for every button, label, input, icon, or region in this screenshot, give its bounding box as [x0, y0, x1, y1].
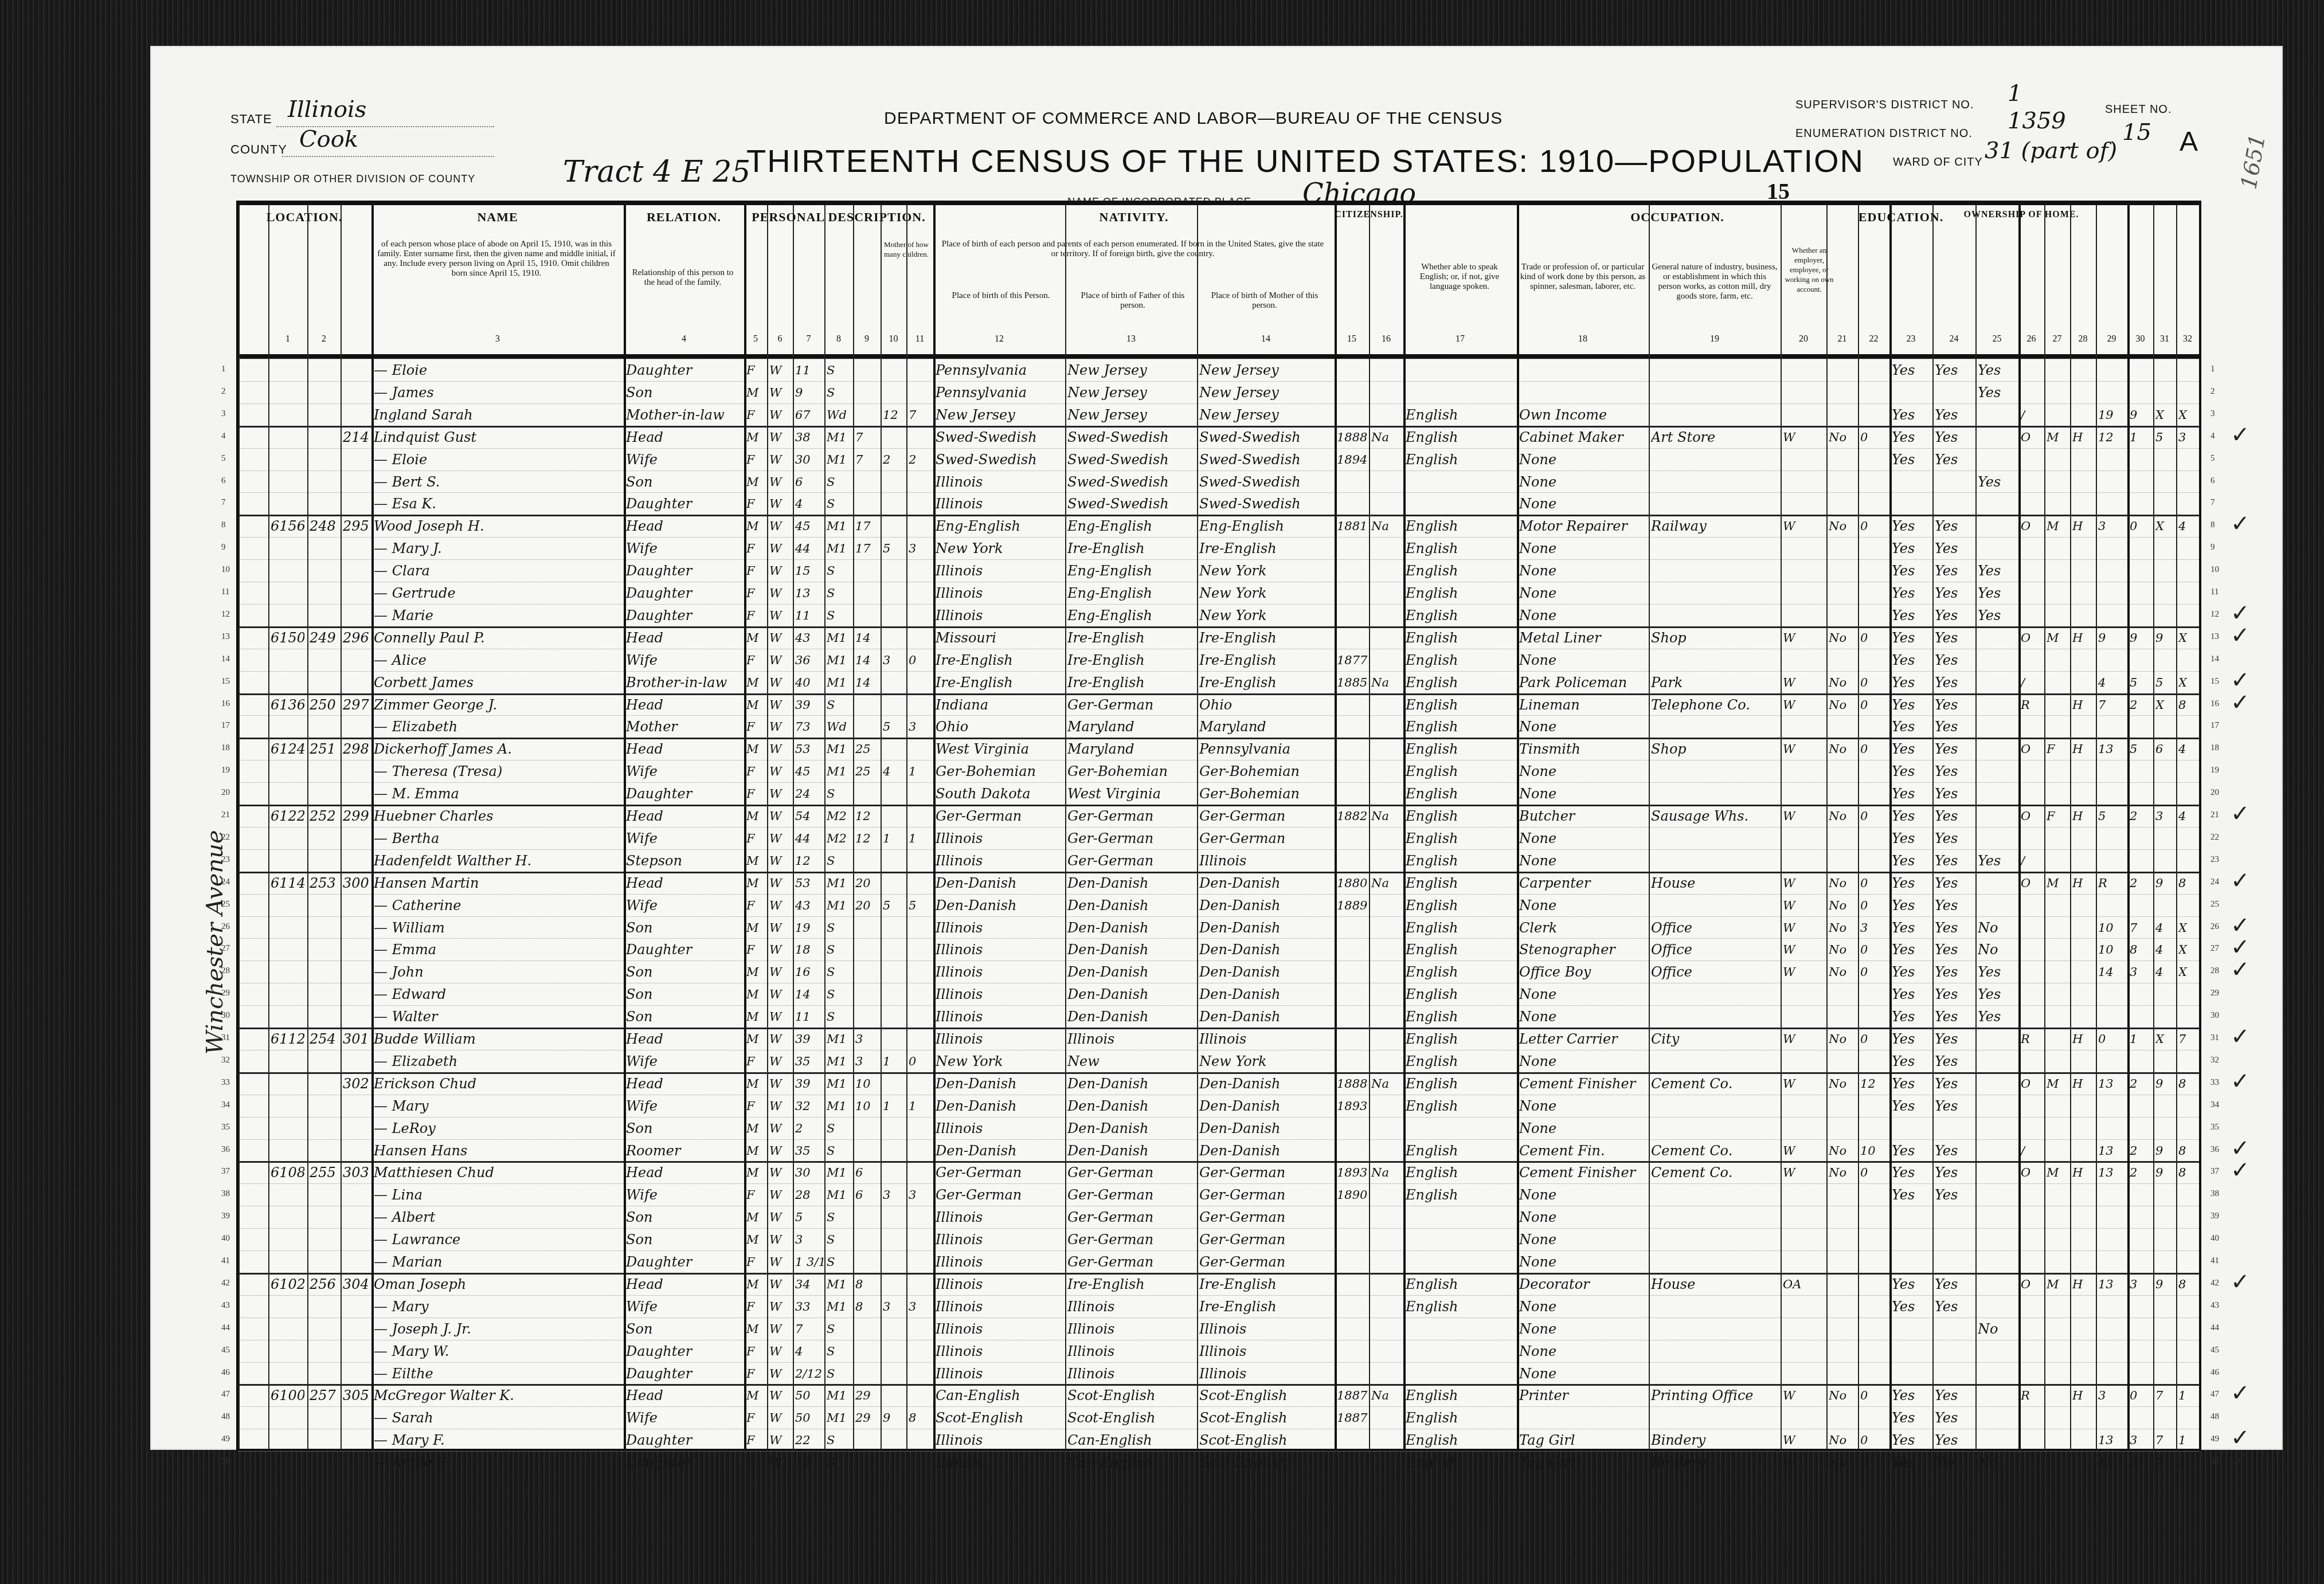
- cell-read: Yes: [1892, 916, 1931, 939]
- cell-read: Yes: [1892, 805, 1931, 827]
- cell-nat: [1371, 1451, 1402, 1473]
- cell-dwelling: 254: [310, 1028, 338, 1050]
- cell-immig: [1337, 1250, 1368, 1273]
- cell-weeks: 0: [1860, 1451, 1888, 1473]
- cell-father: New Jersey: [1067, 403, 1196, 426]
- cell-farm: H: [2072, 1028, 2095, 1050]
- checkmark-icon: ✓: [2231, 1156, 2250, 1183]
- cell-sex: F: [746, 894, 766, 916]
- cell-out: No: [1829, 1028, 1857, 1050]
- cell-c32: [2178, 582, 2198, 604]
- cell-own: R: [2021, 1028, 2043, 1050]
- cell-birth: New York: [936, 1050, 1064, 1072]
- cell-emp: [1783, 1362, 1825, 1385]
- cell-weeks: [1860, 1095, 1888, 1117]
- cell-mother: Den-Danish: [1199, 960, 1333, 983]
- cell-yrs_married: 29: [855, 1384, 879, 1406]
- cell-mort: [2047, 1117, 2069, 1139]
- cell-marital: M1: [827, 649, 852, 671]
- cell-family: [343, 1095, 369, 1117]
- cell-lang: English: [1406, 1005, 1516, 1028]
- cell-own: [2021, 604, 2043, 626]
- table-row: Hansen HansRoomerMW35SDen-DanishDen-Dani…: [238, 1139, 2199, 1162]
- cell-weeks: [1860, 782, 1888, 805]
- column-number: 11: [906, 334, 933, 344]
- cell-sex: M: [746, 1206, 766, 1228]
- cell-race: W: [769, 403, 792, 426]
- cell-relation: Wife: [626, 827, 743, 849]
- cell-weeks: [1860, 604, 1888, 626]
- cell-c30: 3: [2130, 1429, 2152, 1451]
- cell-name: — Albert: [374, 1206, 623, 1228]
- cell-dwelling: [310, 1429, 338, 1451]
- cell-lang: English: [1406, 1273, 1516, 1295]
- cell-immig: [1337, 1117, 1368, 1139]
- cell-industry: Office: [1651, 960, 1779, 983]
- table-row: 6122252299Huebner CharlesHeadMW54M212Ger…: [238, 805, 2199, 827]
- line-number-right: 17: [2210, 721, 2219, 731]
- cell-nat: [1371, 1183, 1402, 1206]
- cell-name: Huebner Charles: [374, 805, 623, 827]
- cell-farm: [2072, 403, 2095, 426]
- cell-farm: [2072, 1050, 2095, 1072]
- cell-race: W: [769, 649, 792, 671]
- column-number: 7: [793, 334, 824, 344]
- cell-sex: F: [746, 1429, 766, 1451]
- table-row: 6100257305McGregor Walter K.HeadMW50M129…: [238, 1384, 2199, 1406]
- line-number-right: 12: [2210, 610, 2219, 620]
- cell-c32: X: [2178, 626, 2198, 649]
- cell-name: — LeRoy: [374, 1117, 623, 1139]
- cell-yrs_married: 20: [855, 894, 879, 916]
- cell-sex: F: [746, 715, 766, 738]
- cell-yrs_married: [855, 1362, 879, 1385]
- cell-family: [343, 760, 369, 782]
- cell-write: Yes: [1935, 805, 1974, 827]
- cell-relation: Son: [626, 1206, 743, 1228]
- cell-c32: [2178, 492, 2198, 515]
- cell-race: W: [769, 715, 792, 738]
- cell-mother: Ire-English: [1199, 671, 1333, 693]
- cell-write: Yes: [1935, 1451, 1974, 1473]
- column-number: 30: [2127, 334, 2153, 344]
- cell-family: 298: [343, 738, 369, 760]
- cell-industry: [1651, 559, 1779, 582]
- cell-mort: [2047, 1095, 2069, 1117]
- cell-emp: W: [1783, 738, 1825, 760]
- cell-marital: S: [827, 849, 852, 872]
- cell-read: Yes: [1892, 938, 1931, 960]
- cell-dwelling: [310, 649, 338, 671]
- cell-mort: F: [2047, 738, 2069, 760]
- cell-nat: [1371, 1406, 1402, 1429]
- cell-marital: M1: [827, 1072, 852, 1095]
- cell-name: Hansen Martin: [374, 872, 623, 894]
- cell-mother: Den-Danish: [1199, 916, 1333, 939]
- cell-nat: [1371, 1028, 1402, 1050]
- cell-c31: [2155, 649, 2175, 671]
- cell-c31: [2155, 782, 2175, 805]
- cell-street: [241, 582, 266, 604]
- cell-industry: Shop: [1651, 738, 1779, 760]
- cell-nat: [1371, 1005, 1402, 1028]
- cell-birth: Illinois: [936, 938, 1064, 960]
- cell-living: 1: [909, 827, 932, 849]
- column-number: 4: [624, 334, 744, 344]
- cell-industry: House: [1651, 872, 1779, 894]
- cell-farm: H: [2072, 693, 2095, 716]
- cell-c32: 4: [2178, 515, 2198, 537]
- cell-own: [2021, 1005, 2043, 1028]
- cell-family: 296: [343, 626, 369, 649]
- column-number: 10: [881, 334, 906, 344]
- cell-relation: Head: [626, 426, 743, 448]
- cell-mort: [2047, 1406, 2069, 1429]
- cell-father: Den-Danish: [1067, 938, 1196, 960]
- cell-sex: F: [746, 582, 766, 604]
- cell-out: No: [1829, 1139, 1857, 1162]
- cell-write: Yes: [1935, 693, 1974, 716]
- cell-emp: W: [1783, 894, 1825, 916]
- cell-lang: English: [1406, 827, 1516, 849]
- cell-birth: Ger-Bohemian: [936, 760, 1064, 782]
- cell-mort: [2047, 471, 2069, 493]
- cell-read: Yes: [1892, 960, 1931, 983]
- cell-c30: [2130, 1005, 2152, 1028]
- cell-family: [343, 827, 369, 849]
- cell-emp: W: [1783, 1429, 1825, 1451]
- cell-farm: [2072, 715, 2095, 738]
- cell-marital: M1: [827, 760, 852, 782]
- cell-weeks: 12: [1860, 1072, 1888, 1095]
- cell-nat: [1371, 894, 1402, 916]
- cell-born: [883, 1228, 905, 1250]
- cell-lang: English: [1406, 782, 1516, 805]
- cell-birth: Ger-German: [936, 805, 1064, 827]
- cell-birth: Pennsylvania: [936, 359, 1064, 381]
- column-number: 29: [2096, 334, 2127, 344]
- cell-lang: English: [1406, 693, 1516, 716]
- column-number: 12: [933, 334, 1065, 344]
- cell-farm: [2072, 1250, 2095, 1273]
- cell-yrs_married: [855, 1451, 879, 1473]
- cell-living: [909, 426, 932, 448]
- cell-lang: English: [1406, 760, 1516, 782]
- cell-marital: M1: [827, 1183, 852, 1206]
- cell-living: 3: [909, 715, 932, 738]
- cell-lang: [1406, 1117, 1516, 1139]
- cell-farm: [2072, 938, 2095, 960]
- column-number: 25: [1975, 334, 2018, 344]
- cell-born: [883, 872, 905, 894]
- cell-write: Yes: [1935, 1295, 1974, 1318]
- cell-dwelling: [310, 381, 338, 403]
- cell-industry: [1651, 1318, 1779, 1340]
- cell-write: Yes: [1935, 894, 1974, 916]
- cell-emp: [1783, 782, 1825, 805]
- cell-c30: 2: [2130, 872, 2152, 894]
- cell-age: 2/12: [795, 1362, 823, 1385]
- cell-trade: Motor Repairer: [1519, 515, 1648, 537]
- cell-dwelling: 253: [310, 872, 338, 894]
- cell-yrs_married: [855, 1340, 879, 1362]
- cell-emp: W: [1783, 426, 1825, 448]
- cell-mother: New Jersey: [1199, 359, 1333, 381]
- cell-lang: [1406, 1318, 1516, 1340]
- cell-school: [1978, 1183, 2017, 1206]
- column-number: 19: [1649, 334, 1781, 344]
- column-number: 17: [1403, 334, 1517, 344]
- cell-father: Ger-German: [1067, 1206, 1196, 1228]
- cell-farm: H: [2072, 738, 2095, 760]
- cell-immig: [1337, 1139, 1368, 1162]
- cell-yrs_married: 17: [855, 515, 879, 537]
- cell-street: [241, 960, 266, 983]
- line-number-right: 7: [2210, 498, 2215, 508]
- cell-farm: [2072, 1295, 2095, 1318]
- cell-nat: Na: [1371, 1384, 1402, 1406]
- cell-street: [241, 626, 266, 649]
- cell-dwelling: [310, 1250, 338, 1273]
- cell-age: 40: [795, 671, 823, 693]
- cell-industry: [1651, 649, 1779, 671]
- cell-sex: F: [746, 1451, 766, 1473]
- cell-c30: 3: [2130, 1273, 2152, 1295]
- cell-c32: [2178, 849, 2198, 872]
- cell-industry: [1651, 1206, 1779, 1228]
- cell-read: [1892, 1250, 1931, 1273]
- cell-emp: W: [1783, 1384, 1825, 1406]
- cell-house: [271, 1072, 304, 1095]
- cell-sex: M: [746, 1028, 766, 1050]
- cell-industry: [1651, 1340, 1779, 1362]
- cell-relation: Roomer: [626, 1139, 743, 1162]
- cell-house: [271, 559, 304, 582]
- cell-sched: [2098, 1095, 2126, 1117]
- cell-birth: Illinois: [936, 827, 1064, 849]
- cell-dwelling: [310, 537, 338, 559]
- cell-c32: [2178, 827, 2198, 849]
- cell-c30: [2130, 649, 2152, 671]
- cell-living: [909, 1005, 932, 1028]
- cell-dwelling: [310, 403, 338, 426]
- cell-birth: Illinois: [936, 1005, 1064, 1028]
- group-occupation: OCCUPATION.: [1517, 210, 1838, 225]
- cell-trade: None: [1519, 604, 1648, 626]
- cell-family: [343, 1318, 369, 1340]
- cell-street: [241, 894, 266, 916]
- cell-out: [1829, 760, 1857, 782]
- cell-emp: [1783, 1228, 1825, 1250]
- cell-mother: Eng-English: [1199, 515, 1333, 537]
- cell-sched: 13: [2098, 1273, 2126, 1295]
- cell-own: [2021, 559, 2043, 582]
- cell-nat: [1371, 559, 1402, 582]
- cell-race: W: [769, 960, 792, 983]
- cell-age: 45: [795, 760, 823, 782]
- cell-write: Yes: [1935, 559, 1974, 582]
- cell-relation: Head: [626, 515, 743, 537]
- state-value: Illinois: [288, 96, 366, 123]
- cell-relation: Head: [626, 805, 743, 827]
- line-number-left: 6: [221, 476, 226, 486]
- cell-weeks: 0: [1860, 426, 1888, 448]
- cell-c32: [2178, 1406, 2198, 1429]
- cell-house: 6150: [271, 626, 304, 649]
- cell-yrs_married: 14: [855, 671, 879, 693]
- cell-house: 6122: [271, 805, 304, 827]
- cell-street: [241, 849, 266, 872]
- cell-name: Budde William: [374, 1028, 623, 1050]
- cell-out: [1829, 359, 1857, 381]
- cell-dwelling: [310, 426, 338, 448]
- cell-c30: [2130, 1050, 2152, 1072]
- cell-read: [1892, 471, 1931, 493]
- line-number-left: 24: [221, 877, 230, 887]
- cell-farm: H: [2072, 805, 2095, 827]
- cell-c32: [2178, 1250, 2198, 1273]
- line-number-right: 46: [2210, 1368, 2219, 1378]
- cell-living: 1: [909, 1095, 932, 1117]
- cell-family: 303: [343, 1161, 369, 1183]
- cell-emp: [1783, 983, 1825, 1005]
- line-number-right: 38: [2210, 1189, 2219, 1199]
- cell-farm: H: [2072, 1161, 2095, 1183]
- cell-street: [241, 1429, 266, 1451]
- cell-out: [1829, 983, 1857, 1005]
- column-rule: [2127, 205, 2130, 1449]
- cell-yrs_married: [855, 1117, 879, 1139]
- cell-house: [271, 938, 304, 960]
- cell-race: W: [769, 448, 792, 471]
- table-row: — JohnSonMW16SIllinoisDen-DanishDen-Dani…: [238, 960, 2199, 983]
- cell-nat: [1371, 1273, 1402, 1295]
- line-number-left: 41: [221, 1256, 230, 1266]
- cell-sched: 13: [2098, 1429, 2126, 1451]
- cell-read: Yes: [1892, 448, 1931, 471]
- cell-father: Ire-English: [1067, 1273, 1196, 1295]
- cell-c30: 2: [2130, 693, 2152, 716]
- cell-house: [271, 1406, 304, 1429]
- cell-farm: [2072, 827, 2095, 849]
- line-number-left: 40: [221, 1234, 230, 1244]
- cell-marital: S: [827, 1206, 852, 1228]
- line-number-left: 29: [221, 989, 230, 998]
- cell-name: Hadenfeldt Walther H.: [374, 849, 623, 872]
- cell-own: [2021, 1429, 2043, 1451]
- cell-school: Yes: [1978, 471, 2017, 493]
- cell-school: [1978, 1250, 2017, 1273]
- cell-race: W: [769, 1005, 792, 1028]
- cell-mort: [2047, 1451, 2069, 1473]
- cell-dwelling: [310, 1117, 338, 1139]
- cell-trade: None: [1519, 1095, 1648, 1117]
- cell-trade: None: [1519, 894, 1648, 916]
- cell-c30: 0: [2130, 1384, 2152, 1406]
- cell-immig: [1337, 738, 1368, 760]
- cell-immig: [1337, 359, 1368, 381]
- cell-write: Yes: [1935, 515, 1974, 537]
- column-rule: [371, 205, 374, 1449]
- cell-family: [343, 1005, 369, 1028]
- cell-race: W: [769, 359, 792, 381]
- cell-emp: [1783, 1005, 1825, 1028]
- cell-father: Maryland: [1067, 715, 1196, 738]
- cell-mort: [2047, 849, 2069, 872]
- cell-weeks: [1860, 582, 1888, 604]
- cell-sched: [2098, 1318, 2126, 1340]
- line-number-right: 20: [2210, 788, 2219, 798]
- column-number: 28: [2070, 334, 2096, 344]
- cell-marital: S: [827, 492, 852, 515]
- column-number: 1: [268, 334, 307, 344]
- cell-sched: [2098, 760, 2126, 782]
- cell-birth: Can-English: [936, 1384, 1064, 1406]
- cell-school: No: [1978, 1318, 2017, 1340]
- cell-name: — Catherine: [374, 894, 623, 916]
- cell-farm: [2072, 448, 2095, 471]
- cell-nat: Na: [1371, 805, 1402, 827]
- cell-farm: [2072, 894, 2095, 916]
- cell-birth: Indiana: [936, 693, 1064, 716]
- cell-family: [343, 938, 369, 960]
- cell-lang: English: [1406, 604, 1516, 626]
- cell-out: [1829, 604, 1857, 626]
- cell-living: [909, 559, 932, 582]
- cell-own: [2021, 894, 2043, 916]
- cell-sex: M: [746, 1005, 766, 1028]
- cell-name: — Sarah: [374, 1406, 623, 1429]
- cell-age: 9: [795, 381, 823, 403]
- cell-marital: M1: [827, 1028, 852, 1050]
- cell-own: [2021, 1362, 2043, 1385]
- cell-age: 53: [795, 738, 823, 760]
- cell-family: [343, 715, 369, 738]
- cell-family: 302: [343, 1072, 369, 1095]
- cell-industry: [1651, 760, 1779, 782]
- column-rule: [2096, 205, 2097, 1449]
- cell-immig: 1894: [1337, 448, 1368, 471]
- cell-dwelling: [310, 1451, 338, 1473]
- cell-marital: M1: [827, 515, 852, 537]
- cell-emp: W: [1783, 1161, 1825, 1183]
- cell-yrs_married: 6: [855, 1161, 879, 1183]
- cell-mother: Ger-Bohemian: [1199, 760, 1333, 782]
- supervisor-value: 1: [2008, 80, 2022, 107]
- cell-race: W: [769, 1250, 792, 1273]
- cell-trade: None: [1519, 1183, 1648, 1206]
- cell-school: [1978, 448, 2017, 471]
- cell-race: W: [769, 537, 792, 559]
- census-sheet: State Illinois County Cook Township or o…: [150, 46, 2283, 1450]
- cell-marital: M2: [827, 827, 852, 849]
- cell-born: [883, 426, 905, 448]
- cell-write: Yes: [1935, 760, 1974, 782]
- cell-emp: [1783, 1250, 1825, 1273]
- cell-farm: H: [2072, 872, 2095, 894]
- cell-sched: [2098, 849, 2126, 872]
- cell-relation: Daughter: [626, 782, 743, 805]
- cell-relation: Mother: [626, 715, 743, 738]
- cell-birth: Illinois: [936, 1117, 1064, 1139]
- column-number: 23: [1889, 334, 1932, 344]
- cell-mort: M: [2047, 1161, 2069, 1183]
- cell-father: New Jersey: [1067, 381, 1196, 403]
- cell-born: [883, 1005, 905, 1028]
- cell-father: Can-English: [1067, 1429, 1196, 1451]
- cell-age: 73: [795, 715, 823, 738]
- cell-age: 35: [795, 1139, 823, 1162]
